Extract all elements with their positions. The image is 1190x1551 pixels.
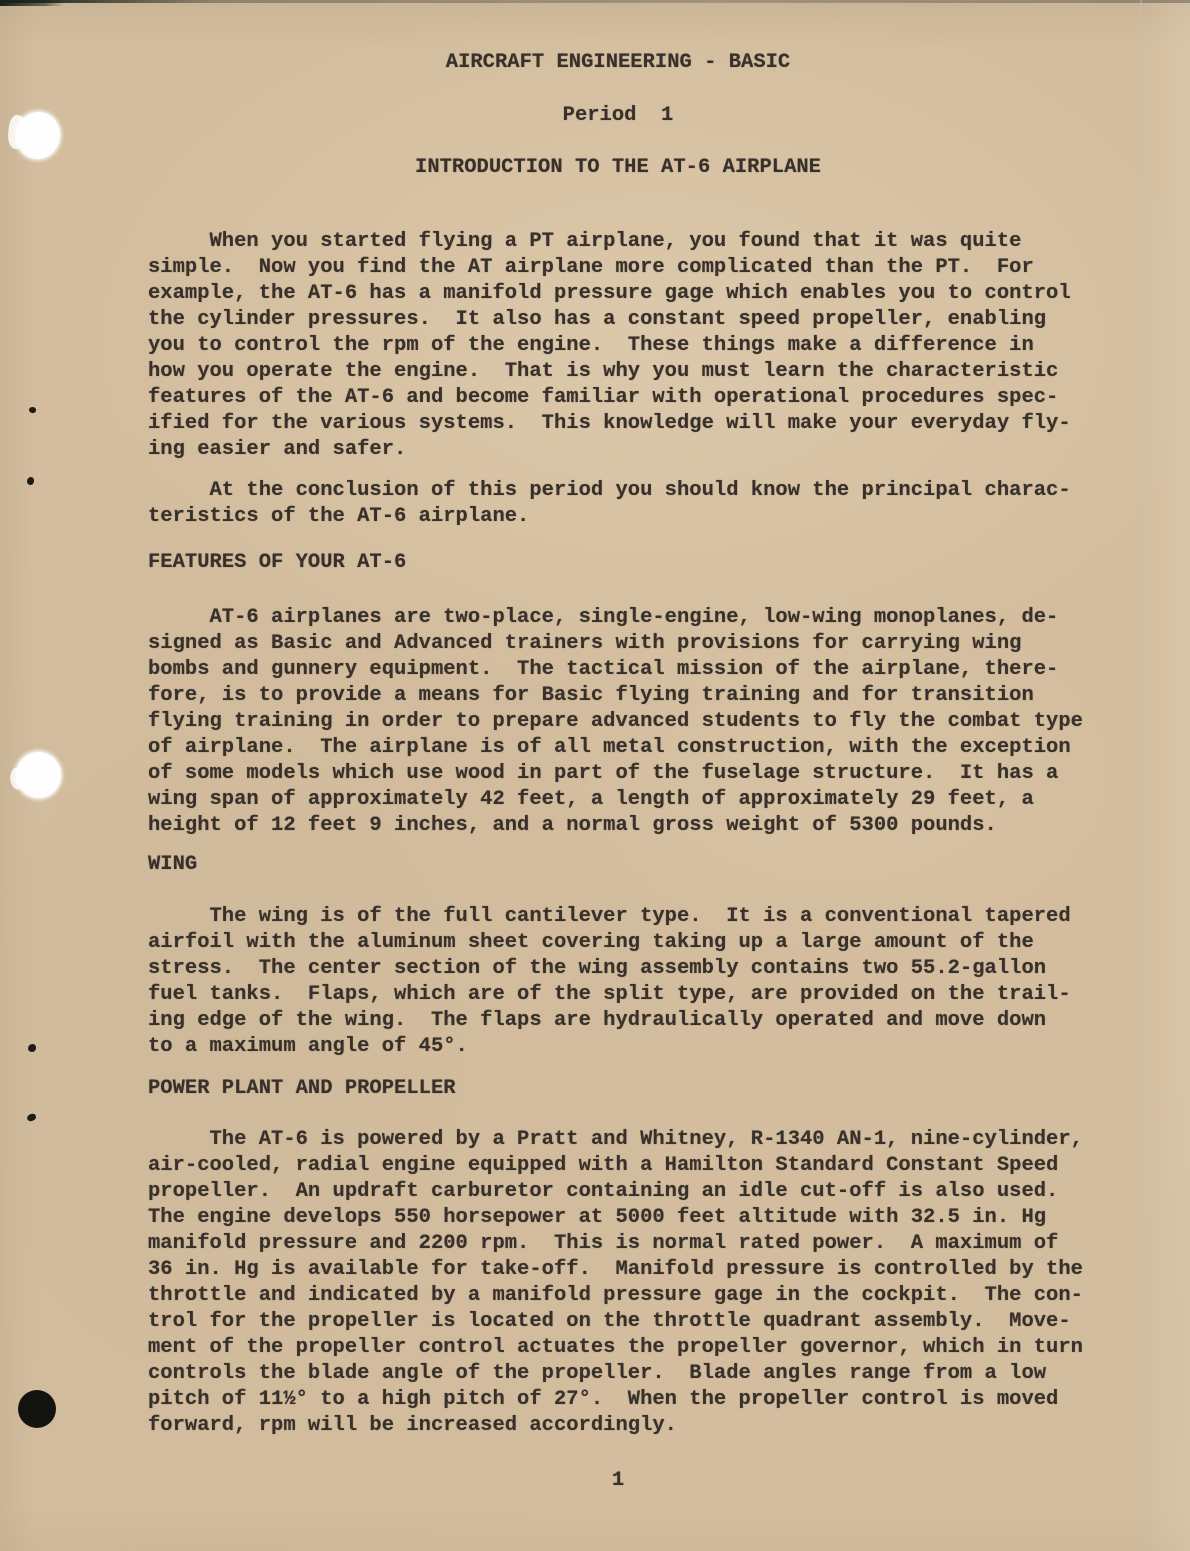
scanned-document-page: AIRCRAFT ENGINEERING - BASIC Period 1 IN…: [0, 0, 1190, 1551]
text-line: of some models which use wood in part of…: [148, 761, 1138, 787]
text-line: the cylinder pressures. It also has a co…: [148, 307, 1138, 333]
text-line: The wing is of the full cantilever type.…: [148, 904, 1138, 930]
text-line: trol for the propeller is located on the…: [148, 1309, 1138, 1335]
paper-speck: [28, 406, 37, 414]
paper-crease-line: [1140, 0, 1142, 1551]
text-line: height of 12 feet 9 inches, and a normal…: [148, 813, 1138, 839]
paper-speck: [27, 477, 34, 485]
text-line: how you operate the engine. That is why …: [148, 359, 1138, 385]
hole-punch-middle: [14, 750, 62, 799]
text-line: flying training in order to prepare adva…: [148, 709, 1138, 735]
text-line: you to control the rpm of the engine. Th…: [148, 333, 1138, 359]
ink-dot-bottom-left: [18, 1390, 56, 1428]
text-line: controls the blade angle of the propelle…: [148, 1361, 1138, 1387]
text-line: ing easier and safer.: [148, 437, 1138, 463]
section-heading-features: FEATURES OF YOUR AT-6: [148, 550, 406, 576]
text-line: The AT-6 is powered by a Pratt and Whitn…: [148, 1127, 1138, 1153]
text-line: At the conclusion of this period you sho…: [148, 478, 1138, 504]
text-line: ment of the propeller control actuates t…: [148, 1335, 1138, 1361]
text-line: fuel tanks. Flaps, which are of the spli…: [148, 982, 1138, 1008]
text-line: example, the AT-6 has a manifold pressur…: [148, 281, 1138, 307]
section-heading-power-plant: POWER PLANT AND PROPELLER: [148, 1076, 456, 1102]
paper-speck: [28, 1044, 36, 1052]
text-line: features of the AT-6 and become familiar…: [148, 385, 1138, 411]
hole-punch-top: [13, 109, 63, 162]
text-line: to a maximum angle of 45°.: [148, 1034, 1138, 1060]
paragraph-power-plant: The AT-6 is powered by a Pratt and Whitn…: [148, 1127, 1138, 1439]
text-line: AT-6 airplanes are two-place, single-eng…: [148, 605, 1138, 631]
text-line: ing edge of the wing. The flaps are hydr…: [148, 1008, 1138, 1034]
section-heading-wing: WING: [148, 852, 197, 878]
text-line: bombs and gunnery equipment. The tactica…: [148, 657, 1138, 683]
text-line: When you started flying a PT airplane, y…: [148, 229, 1138, 255]
text-line: airfoil with the aluminum sheet covering…: [148, 930, 1138, 956]
page-title-text: INTRODUCTION TO THE AT-6 AIRPLANE: [148, 155, 1088, 181]
scan-corner-mark: [0, 0, 64, 6]
paragraph-intro: When you started flying a PT airplane, y…: [148, 229, 1138, 463]
text-line: teristics of the AT-6 airplane.: [148, 504, 1138, 530]
text-line: wing span of approximately 42 feet, a le…: [148, 787, 1138, 813]
page-title: INTRODUCTION TO THE AT-6 AIRPLANE: [148, 155, 1088, 181]
text-line: 36 in. Hg is available for take-off. Man…: [148, 1257, 1138, 1283]
text-line: The engine develops 550 horsepower at 50…: [148, 1205, 1138, 1231]
text-line: propeller. An updraft carburetor contain…: [148, 1179, 1138, 1205]
text-line: pitch of 11½° to a high pitch of 27°. Wh…: [148, 1387, 1138, 1413]
text-line: manifold pressure and 2200 rpm. This is …: [148, 1231, 1138, 1257]
page-number: 1: [148, 1468, 1088, 1494]
text-line: simple. Now you find the AT airplane mor…: [148, 255, 1138, 281]
paragraph-features: AT-6 airplanes are two-place, single-eng…: [148, 605, 1138, 839]
text-line: ified for the various systems. This know…: [148, 411, 1138, 437]
text-line: fore, is to provide a means for Basic fl…: [148, 683, 1138, 709]
text-line: air-cooled, radial engine equipped with …: [148, 1153, 1138, 1179]
text-line: stress. The center section of the wing a…: [148, 956, 1138, 982]
text-line: of airplane. The airplane is of all meta…: [148, 735, 1138, 761]
paragraph-conclusion: At the conclusion of this period you sho…: [148, 478, 1138, 530]
paper-speck: [26, 1113, 37, 1122]
period-label: Period 1: [148, 103, 1088, 129]
course-title-text: AIRCRAFT ENGINEERING - BASIC: [148, 50, 1088, 76]
text-line: forward, rpm will be increased according…: [148, 1413, 1138, 1439]
paragraph-wing: The wing is of the full cantilever type.…: [148, 904, 1138, 1060]
text-line: signed as Basic and Advanced trainers wi…: [148, 631, 1138, 657]
scan-top-edge: [0, 0, 1190, 3]
period-label-text: Period 1: [148, 103, 1088, 129]
course-title: AIRCRAFT ENGINEERING - BASIC: [148, 50, 1088, 76]
text-line: throttle and indicated by a manifold pre…: [148, 1283, 1138, 1309]
